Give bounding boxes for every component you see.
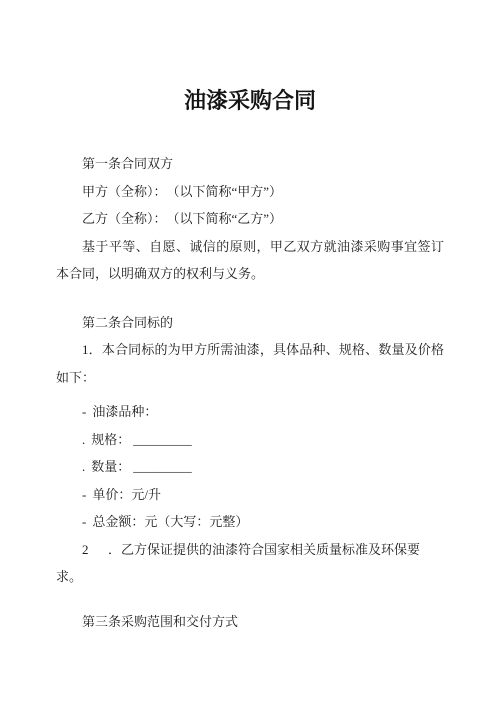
item-bullet: - <box>82 487 86 502</box>
contract-document-page: 油漆采购合同 第一条合同双方 甲方（全称）： （以下简称“甲方”） 乙方（全称）… <box>0 0 500 707</box>
item-label: 单价：元/升 <box>92 487 161 502</box>
preamble-paragraph: 基于平等、自愿、诚信的原则，甲乙双方就油漆采购事宜签订本合同，以明确双方的权利与… <box>56 233 444 288</box>
item-bullet: . <box>82 432 85 447</box>
item-bullet: . <box>82 459 85 474</box>
item-blank-underline: _________ <box>133 432 192 447</box>
contract-title: 油漆采购合同 <box>56 86 444 116</box>
item-label: 数量： <box>91 459 130 474</box>
party-b-line: 乙方（全称）： （以下简称“乙方”） <box>56 205 444 233</box>
list-item-total-amount: -总金额：元（大写：元整） <box>56 508 444 536</box>
item-label: 油漆品种： <box>92 404 157 419</box>
list-item-spec: .规格：_________ <box>56 426 444 454</box>
clause-2-text: ．乙方保证提供的油漆符合国家相关质量标准及环保要求。 <box>56 542 420 585</box>
spec-list: -油漆品种： .规格：_________ .数量：_________ -单价：元… <box>56 398 444 536</box>
clause-1-paragraph: 1．本合同标的为甲方所需油漆，具体品种、规格、数量及价格如下： <box>56 336 444 391</box>
article-3-heading: 第三条采购范围和交付方式 <box>56 608 444 636</box>
item-label: 总金额：元（大写：元整） <box>92 514 248 529</box>
item-bullet: - <box>82 514 86 529</box>
list-item-paint-type: -油漆品种： <box>56 398 444 426</box>
party-a-line: 甲方（全称）： （以下简称“甲方”） <box>56 178 444 206</box>
article-1-heading: 第一条合同双方 <box>56 150 444 178</box>
clause-2-line: 2．乙方保证提供的油漆符合国家相关质量标准及环保要求。 <box>56 536 444 591</box>
item-bullet: - <box>82 404 86 419</box>
item-label: 规格： <box>91 432 130 447</box>
article-2-heading: 第二条合同标的 <box>56 309 444 337</box>
list-item-unit-price: -单价：元/升 <box>56 481 444 509</box>
clause-2-number: 2 <box>82 536 108 564</box>
list-item-quantity: .数量：_________ <box>56 453 444 481</box>
item-blank-underline: _________ <box>133 459 192 474</box>
